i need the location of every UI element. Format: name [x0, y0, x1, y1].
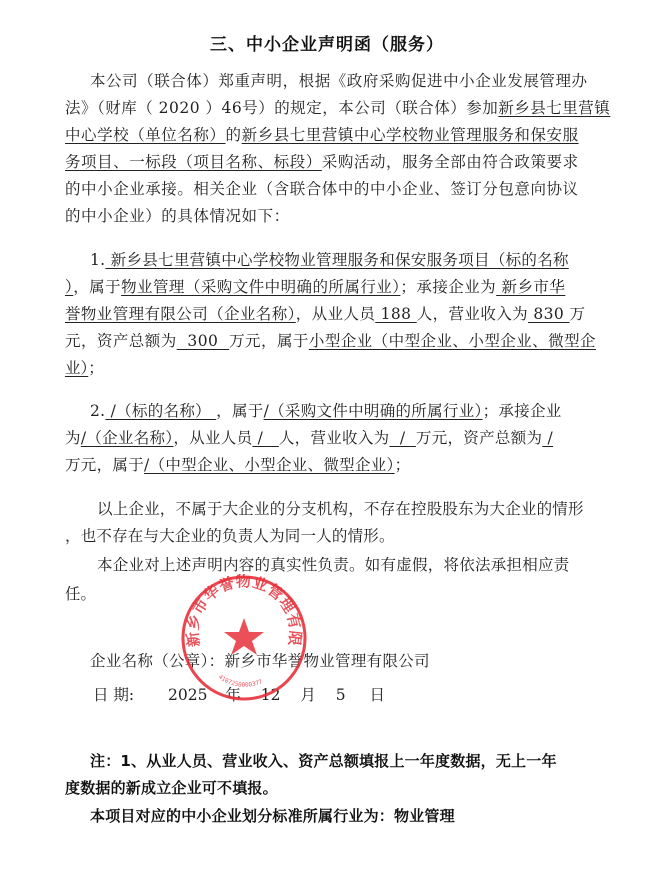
item-text: ；	[88, 359, 104, 377]
item1-line-4: 元，资产总额为 300 万元，属于小型企业（中型企业、小型企业、微型企	[65, 331, 596, 351]
intro-line-6: 的中小企业）的具体情况如下：	[65, 206, 290, 226]
item-text: ，从业人员	[296, 305, 376, 323]
item-text: 万元，资产总额为	[416, 429, 542, 447]
item-number: 2.	[90, 402, 105, 420]
item1-line-5: 业）；	[65, 358, 104, 378]
item-text: ，属于	[73, 278, 121, 296]
statement-line-3: 本企业对上述声明内容的真实性负责。如有虚假，将依法承担相应责	[97, 555, 570, 575]
star-icon	[224, 618, 264, 655]
subject-name: 新乡县七里营镇中心学校物业管理服务和保安服务项目（标的名称	[105, 251, 568, 269]
intro-line-2: 法》（财库（ 2020 ）46号）的规定，本公司（联合体）参加新乡县七里营镇	[65, 98, 610, 118]
date-year: 2025	[168, 686, 207, 704]
intro-line-5: 的中小企业承接。相关企业（含联合体中的中小企业、签订分包意向协议	[65, 179, 579, 199]
item-text: 万元，属于	[65, 456, 144, 474]
item-text: ；	[395, 456, 411, 474]
item-text: 人，营业收入为	[279, 429, 390, 447]
employees-value: /	[252, 429, 278, 447]
intro-line-4: 务项目、一标段（项目名称、标段）采购活动，服务全部由符合政策要求	[65, 152, 579, 172]
item2-line-3: 万元，属于/（中型企业、小型企业、微型企业）；	[65, 455, 410, 475]
item-text: ，属于	[216, 402, 263, 420]
item-text: 人，营业收入为	[417, 305, 528, 323]
note-line-2: 度数据的新成立企业可不填报。	[65, 778, 278, 798]
intro-text: 采购活动，服务全部由符合政策要求	[322, 153, 579, 171]
item-text: ，从业人员	[173, 429, 252, 447]
purchaser-name: 新乡县七里营镇	[498, 99, 610, 117]
note-line-3: 本项目对应的中小企业划分标准所属行业为：物业管理	[90, 806, 455, 826]
date-line: 日 期: 2025 年 12 月 5 日	[93, 685, 385, 705]
statement-line-1: 以上企业，不属于大企业的分支机构，不存在控股股东为大企业的情形	[97, 499, 584, 519]
revenue-value: /	[389, 429, 415, 447]
company-label: 企业名称（公章）：	[90, 652, 224, 670]
svg-text:新乡市华誉物业管理有限公司: 新乡市华誉物业管理有限公司	[180, 574, 304, 648]
seal-text: 新乡市华誉物业管理有限公司	[180, 574, 304, 648]
intro-text: 的	[226, 126, 242, 144]
enterprise-size: /（中型企业、小型企业、微型企业）	[144, 456, 395, 474]
industry-field: 物业管理（采购文件中明确的所属行业）	[121, 278, 400, 296]
intro-line-1: 本公司（联合体）郑重声明，根据《政府采购促进中小企业发展管理办	[90, 71, 588, 91]
project-name-cont: 务项目、一标段（项目名称、标段）	[65, 153, 322, 171]
subject-name: /（标的名称）	[105, 402, 216, 420]
enterprise-name: /（企业名称）	[81, 429, 174, 447]
purchaser-name-cont: 中心学校（单位名称）	[65, 126, 226, 144]
note-line-1: 注：1、从业人员、营业收入、资产总额填报上一年度数据，无上一年	[90, 751, 557, 771]
enterprise-name-cont: 誉物业管理有限公司（企业名称）	[65, 305, 296, 323]
year-unit: 年	[225, 686, 241, 704]
intro-text: 法》（财库（ 2020 ）46号）的规定，本公司（联合体）参加	[65, 99, 498, 117]
item-number: 1.	[90, 251, 105, 269]
item1-line-1: 1. 新乡县七里营镇中心学校物业管理服务和保安服务项目（标的名称	[90, 250, 569, 270]
company-name: 新乡市华誉物业管理有限公司	[224, 652, 429, 670]
subject-name-cont: ）	[65, 278, 73, 296]
enterprise-size: 小型企业（中型企业、小型企业、微型企	[309, 332, 596, 350]
day-unit: 日	[370, 686, 386, 704]
intro-line-3: 中心学校（单位名称）的新乡县七里营镇中心学校物业管理服务和保安服	[65, 125, 579, 145]
revenue-value: 830	[528, 305, 569, 323]
date-label: 日 期:	[93, 686, 134, 704]
page-title: 三、中小企业声明函（服务）	[0, 30, 654, 55]
company-signature-line: 企业名称（公章）：新乡市华誉物业管理有限公司	[90, 651, 430, 671]
item-text: 为	[65, 429, 81, 447]
item-text: 万	[570, 305, 586, 323]
statement-line-4: 任。	[65, 584, 96, 604]
item-text: 万元，属于	[229, 332, 309, 350]
item-text: ；承接企业	[483, 402, 562, 420]
industry-field: /（采购文件中明确的所属行业）	[264, 402, 483, 420]
assets-value: 300	[177, 332, 229, 350]
item-text: ；承接企业为	[400, 278, 496, 296]
item1-line-3: 誉物业管理有限公司（企业名称），从业人员 188 人，营业收入为 830 万	[65, 304, 585, 324]
statement-line-2: ，也不存在与大企业的负责人为同一人的情形。	[65, 526, 395, 546]
item-text: 元，资产总额为	[65, 332, 177, 350]
date-day: 5	[336, 686, 346, 704]
project-name: 新乡县七里营镇中心学校物业管理服务和保安服	[242, 126, 579, 144]
item1-line-2: ），属于物业管理（采购文件中明确的所属行业）；承接企业为 新乡市华	[65, 277, 565, 297]
employees-value: 188	[375, 305, 416, 323]
enterprise-name: 新乡市华	[496, 278, 565, 296]
company-seal: 新乡市华誉物业管理有限公司 4107250000377	[180, 574, 308, 702]
month-unit: 月	[300, 686, 316, 704]
item2-line-1: 2. /（标的名称） ，属于/（采购文件中明确的所属行业）；承接企业	[90, 401, 562, 421]
item2-line-2: 为/（企业名称），从业人员 / 人，营业收入为 / 万元，资产总额为 /	[65, 428, 553, 448]
enterprise-size-cont: 业）	[65, 359, 88, 377]
date-month: 12	[261, 686, 281, 704]
assets-value: /	[542, 429, 553, 447]
